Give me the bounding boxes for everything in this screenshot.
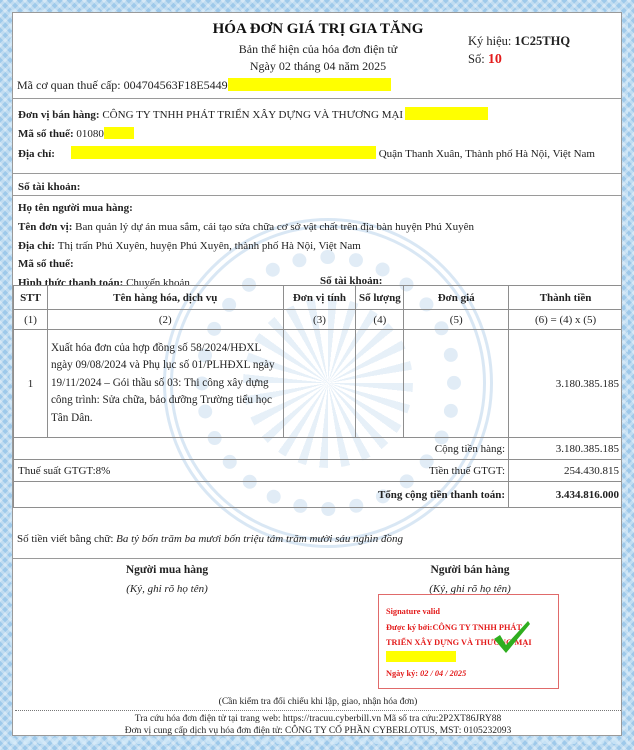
seller-tax-code: Mã số thuế: 01080	[18, 127, 134, 140]
vat-amount-value: 254.430.815	[509, 460, 622, 482]
item-description: Xuất hóa đơn của hợp đồng số 58/2024/HĐX…	[47, 330, 283, 438]
tax-authority-code-label: Mã cơ quan thuế cấp:	[17, 78, 124, 92]
amount-in-words-value: Ba tỷ bốn trăm ba mươi bốn triệu tám tră…	[116, 533, 403, 545]
vat-row: Thuế suất GTGT:8% Tiền thuế GTGT: 254.43…	[14, 460, 623, 482]
redaction-block	[405, 107, 488, 120]
seller-tax-code-value: 01080	[76, 128, 104, 140]
col-number: (5)	[404, 310, 509, 330]
invoice-number: Số: 10	[468, 52, 502, 68]
item-unit	[283, 330, 356, 438]
items-table: STT Tên hàng hóa, dịch vụ Đơn vị tính Số…	[13, 285, 622, 508]
subtotal-value: 3.180.385.185	[509, 438, 622, 460]
checkmark-icon	[492, 619, 532, 655]
subtotal-row: Cộng tiền hàng: 3.180.385.185	[14, 438, 623, 460]
column-number-row: (1) (2) (3) (4) (5) (6) = (4) x (5)	[14, 310, 623, 330]
buyer-name: Họ tên người mua hàng:	[18, 202, 133, 214]
total-row: Tổng cộng tiền thanh toán: 3.434.816.000	[14, 482, 623, 508]
buyer-unit-label: Tên đơn vị:	[18, 221, 75, 233]
seller-section: Đơn vị bán hàng: CÔNG TY TNHH PHÁT TRIỂN…	[13, 99, 621, 174]
redaction-block	[386, 651, 456, 662]
sign-date: Ngày ký: 02 / 04 / 2025	[386, 666, 553, 682]
redaction-block	[228, 78, 391, 91]
seller-account-label: Số tài khoản:	[18, 181, 80, 193]
buyer-name-label: Họ tên người mua hàng:	[18, 202, 133, 214]
item-amount: 3.180.385.185	[509, 330, 622, 438]
number-value: 10	[488, 52, 502, 67]
subtotal-label: Cộng tiền hàng:	[14, 438, 509, 460]
amount-in-words-label: Số tiền viết bằng chữ:	[17, 533, 116, 545]
seller-address-value: Quận Thanh Xuân, Thành phố Hà Nội, Việt …	[379, 148, 595, 160]
buyer-unit-value: Ban quản lý dự án mua sắm, cải tạo sửa c…	[75, 221, 474, 233]
buyer-address: Địa chỉ: Thị trấn Phú Xuyên, huyện Phú X…	[18, 240, 361, 252]
amount-in-words: Số tiền viết bằng chữ: Ba tỷ bốn trăm ba…	[13, 527, 622, 559]
footer-note: (Cần kiểm tra đối chiếu khi lập, giao, n…	[13, 697, 622, 707]
seller-tax-code-label: Mã số thuế:	[18, 128, 76, 140]
sign-date-value: 02 / 04 / 2025	[420, 669, 466, 678]
table-row: 1 Xuất hóa đơn của hợp đồng số 58/2024/H…	[14, 330, 623, 438]
symbol-value: 1C25THQ	[515, 34, 571, 48]
seller-name-value: CÔNG TY TNHH PHÁT TRIỂN XÂY DỰNG VÀ THƯƠ…	[102, 109, 403, 121]
seller-address-label: Địa chỉ:	[18, 148, 58, 160]
col-number: (4)	[356, 310, 404, 330]
item-stt: 1	[14, 330, 48, 438]
seller-address: Địa chỉ: Quận Thanh Xuân, Thành phố Hà N…	[18, 146, 595, 160]
seller-name: Đơn vị bán hàng: CÔNG TY TNHH PHÁT TRIỂN…	[18, 107, 488, 121]
col-number: (2)	[47, 310, 283, 330]
total-label: Tổng cộng tiền thanh toán:	[14, 482, 509, 508]
tax-authority-code-value: 004704563F18E5449	[124, 78, 228, 92]
buyer-address-value: Thị trấn Phú Xuyên, huyện Phú Xuyên, thà…	[58, 240, 361, 252]
vat-amount-label: Tiền thuế GTGT:	[283, 460, 509, 482]
col-number: (1)	[14, 310, 48, 330]
seller-name-label: Đơn vị bán hàng:	[18, 109, 102, 121]
item-unit-price	[404, 330, 509, 438]
buyer-tax-code: Mã số thuế:	[18, 258, 74, 270]
digital-signature-box[interactable]: Signature valid Được ký bởi:CÔNG TY TNHH…	[378, 594, 559, 689]
signature-valid-text: Signature valid	[386, 604, 553, 620]
col-header-unit: Đơn vị tính	[283, 286, 356, 310]
divider	[13, 195, 622, 196]
col-header-name: Tên hàng hóa, dịch vụ	[47, 286, 283, 310]
seller-signature-title: Người bán hàng	[370, 564, 570, 576]
col-header-quantity: Số lượng	[356, 286, 404, 310]
dotted-divider	[15, 710, 621, 711]
col-number: (6) = (4) x (5)	[509, 310, 622, 330]
footer-lookup: Tra cứu hóa đơn điện tử tại trang web: h…	[13, 714, 622, 724]
invoice-date: Ngày 02 tháng 04 năm 2025	[13, 59, 622, 74]
buyer-tax-code-label: Mã số thuế:	[18, 258, 74, 270]
redaction-block	[104, 127, 134, 139]
seller-account: Số tài khoản:	[18, 181, 80, 193]
buyer-address-label: Địa chỉ:	[18, 240, 58, 252]
signed-by-label: Được ký bởi:	[386, 623, 432, 632]
invoice-symbol: Ký hiệu: 1C25THQ	[468, 34, 570, 49]
buyer-signature-sub: (Ký, ghi rõ họ tên)	[67, 583, 267, 595]
col-number: (3)	[283, 310, 356, 330]
col-header-unit-price: Đơn giá	[404, 286, 509, 310]
buyer-unit: Tên đơn vị: Ban quản lý dự án mua sắm, c…	[18, 221, 474, 233]
invoice-paper: HÓA ĐƠN GIÁ TRỊ GIA TĂNG Bản thể hiện củ…	[12, 12, 622, 736]
table-header-row: STT Tên hàng hóa, dịch vụ Đơn vị tính Số…	[14, 286, 623, 310]
buyer-signature-title: Người mua hàng	[67, 564, 267, 576]
sign-date-label: Ngày ký:	[386, 669, 420, 678]
tax-authority-code: Mã cơ quan thuế cấp: 004704563F18E5449	[17, 78, 391, 93]
invoice-header: HÓA ĐƠN GIÁ TRỊ GIA TĂNG Bản thể hiện củ…	[13, 13, 621, 99]
col-header-stt: STT	[14, 286, 48, 310]
col-header-amount: Thành tiền	[509, 286, 622, 310]
redaction-block	[71, 146, 376, 159]
symbol-label: Ký hiệu:	[468, 34, 515, 48]
vat-rate: Thuế suất GTGT:8%	[14, 460, 284, 482]
total-value: 3.434.816.000	[509, 482, 622, 508]
item-quantity	[356, 330, 404, 438]
footer-provider: Đơn vị cung cấp dịch vụ hóa đơn điện tử:…	[13, 726, 622, 736]
number-label: Số:	[468, 52, 488, 66]
